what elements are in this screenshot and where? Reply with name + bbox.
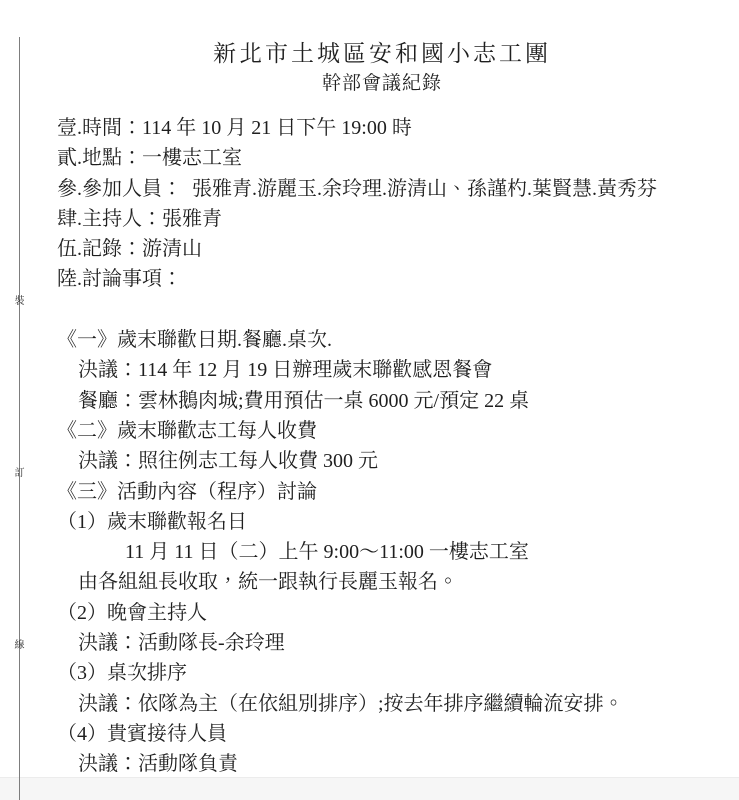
document-content: 新北市土城區安和國小志工團 幹部會議紀錄 壹.時間：114 年 10 月 21 …	[57, 0, 707, 780]
binding-mark-ding: 訂	[12, 469, 27, 479]
binding-line	[19, 37, 20, 800]
line-topic-2-resolution: 決議：照往例志工每人收費 300 元	[57, 446, 707, 476]
line-item-1-datetime: 11 月 11 日（二）上午 9:00～11:00 一樓志工室	[57, 537, 707, 567]
line-topic-1-resolution: 決議：114 年 12 月 19 日辦理歲末聯歡感恩餐會	[57, 355, 707, 385]
blank-line	[57, 295, 707, 325]
page-subtitle: 幹部會議紀錄	[57, 72, 707, 96]
line-topic-1: 《一》歲末聯歡日期.餐廳.桌次.	[57, 325, 707, 355]
line-chairperson: 肆.主持人：張雅青	[57, 204, 707, 234]
line-item-2-resolution: 決議：活動隊長-余玲理	[57, 628, 707, 658]
line-topic-1-restaurant: 餐廳：雲林鵝肉城;費用預估一桌 6000 元/預定 22 桌	[57, 386, 707, 416]
line-recorder: 伍.記錄：游清山	[57, 234, 707, 264]
binding-mark-xian: 線	[12, 641, 27, 651]
line-item-1: （1）歲末聯歡報名日	[57, 507, 707, 537]
line-location: 貳.地點：一樓志工室	[57, 143, 707, 173]
line-item-3: （3）桌次排序	[57, 658, 707, 688]
line-item-3-resolution: 決議：依隊為主（在依組別排序）;按去年排序繼續輪流安排。	[57, 689, 707, 719]
line-time: 壹.時間：114 年 10 月 21 日下午 19:00 時	[57, 113, 707, 143]
line-item-1-note: 由各組組長收取，統一跟執行長麗玉報名。	[57, 567, 707, 597]
line-topic-3: 《三》活動內容（程序）討論	[57, 477, 707, 507]
line-item-4: （4）貴賓接待人員	[57, 719, 707, 749]
line-item-2: （2）晚會主持人	[57, 598, 707, 628]
document-body: 壹.時間：114 年 10 月 21 日下午 19:00 時 貳.地點：一樓志工…	[57, 113, 707, 780]
line-attendees: 參.參加人員： 張雅青.游麗玉.余玲理.游清山、孫謹杓.葉賢慧.黃秀芬	[57, 174, 707, 204]
line-topic-2: 《二》歲末聯歡志工每人收費	[57, 416, 707, 446]
line-item-4-resolution: 決議：活動隊負責	[57, 749, 707, 779]
scanned-meeting-minutes-page: { "document": { "title": "新北市土城區安和國小志工團"…	[0, 0, 739, 800]
binding-mark-zhuang: 裝	[12, 297, 27, 307]
line-discussion-heading: 陸.討論事項：	[57, 264, 707, 294]
page-title: 新北市土城區安和國小志工團	[57, 40, 707, 68]
page-bottom-edge	[0, 777, 739, 800]
